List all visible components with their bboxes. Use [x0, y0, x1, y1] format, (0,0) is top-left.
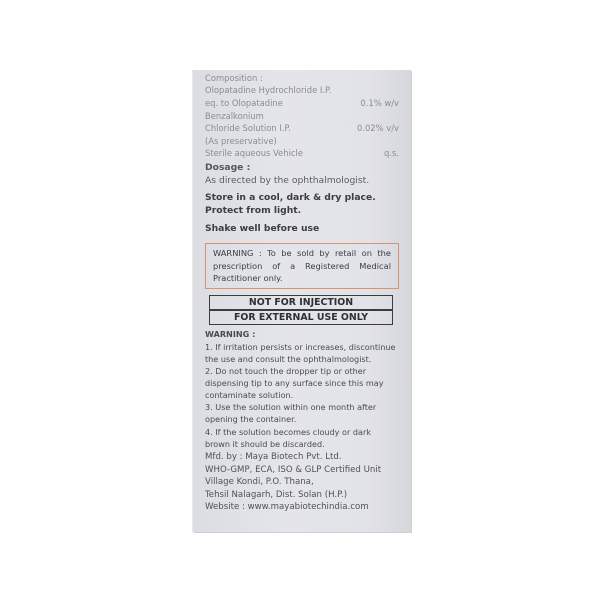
warning-line: 3. Use the solution within one month aft… — [205, 402, 376, 412]
composition-line: Benzalkonium — [205, 111, 399, 121]
composition-heading: Composition : — [205, 73, 263, 83]
composition-line: Olopatadine Hydrochloride I.P. — [205, 85, 399, 95]
dosage-text: As directed by the ophthalmologist. — [205, 175, 369, 186]
storage-instruction: Store in a cool, dark & dry place. — [205, 192, 376, 203]
warning-line: the use and consult the ophthalmologist. — [205, 354, 371, 364]
warning-line: opening the container. — [205, 414, 296, 424]
warning-line: 2. Do not touch the dropper tip or other — [205, 366, 366, 376]
composition-line: eq. to Olopatadine0.1% w/v — [205, 98, 399, 108]
warning-line: dispensing tip to any surface since this… — [205, 378, 384, 388]
light-instruction: Protect from light. — [205, 205, 301, 216]
external-use-only-box: FOR EXTERNAL USE ONLY — [209, 310, 393, 325]
warning-line: 4. If the solution becomes cloudy or dar… — [205, 427, 371, 437]
composition-line: Sterile aqueous Vehicleq.s. — [205, 148, 399, 158]
address-line: Tehsil Nalagarh, Dist. Solan (H.P.) — [205, 490, 347, 500]
address-line: Village Kondi, P.O. Thana, — [205, 477, 314, 487]
prescription-warning-box: WARNING : To be sold by retail on the pr… — [205, 243, 399, 289]
warning-line: contaminate solution. — [205, 390, 293, 400]
certification-line: WHO-GMP, ECA, ISO & GLP Certified Unit — [205, 465, 381, 475]
warning-line: brown it should be discarded. — [205, 439, 325, 449]
manufacturer-line: Mfd. by : Maya Biotech Pvt. Ltd. — [205, 452, 342, 462]
warnings-heading: WARNING : — [205, 329, 255, 339]
shake-instruction: Shake well before use — [205, 223, 319, 234]
carton-label-panel: Composition : Olopatadine Hydrochloride … — [193, 70, 411, 532]
warning-line: 1. If irritation persists or increases, … — [205, 342, 396, 352]
not-for-injection-box: NOT FOR INJECTION — [209, 295, 393, 310]
website-line: Website : www.mayabiotechindia.com — [205, 502, 369, 512]
composition-line: Chloride Solution I.P.0.02% v/v — [205, 123, 399, 133]
composition-line: (As preservative) — [205, 136, 399, 146]
dosage-heading: Dosage : — [205, 162, 250, 173]
